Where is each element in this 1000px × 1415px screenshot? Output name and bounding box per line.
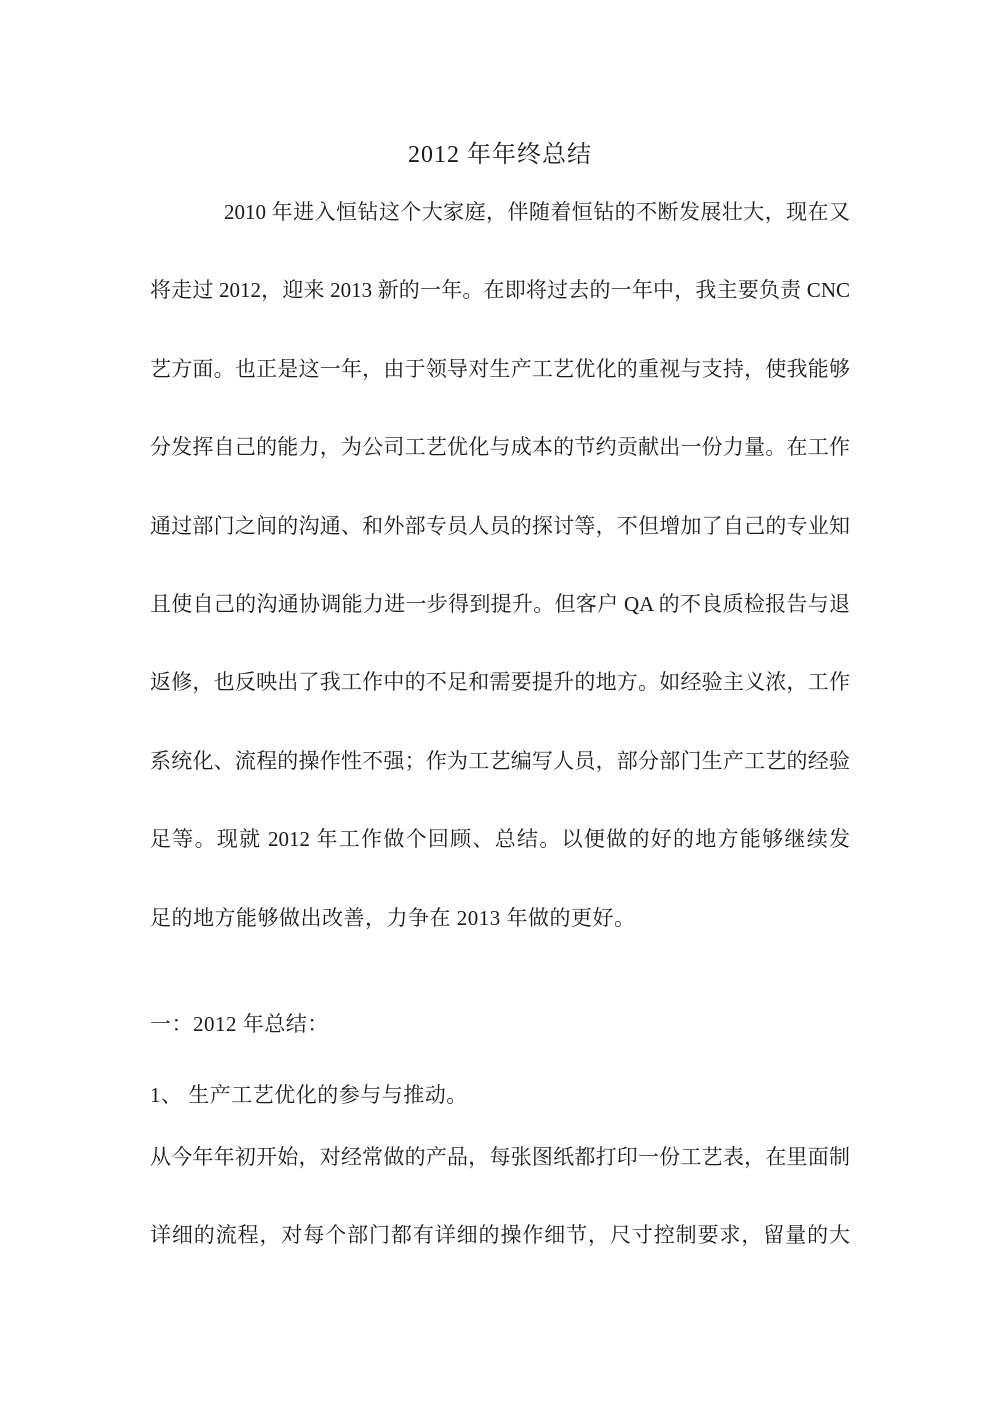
paragraph-line: 通过部门之间的沟通、和外部专员人员的探讨等，不但增加了自己的专业知识， [150, 487, 850, 565]
paragraph-line: 将走过 2012，迎来 2013 新的一年。在即将过去的一年中，我主要负责 CN… [150, 251, 850, 329]
paragraph-line: 返修，也反映出了我工作中的不足和需要提升的地方。如经验主义浓，工作的 [150, 643, 850, 721]
paragraph-line: 艺方面。也正是这一年，由于领导对生产工艺优化的重视与支持，使我能够充 [150, 330, 850, 408]
paragraph-line: 足等。现就 2012 年工作做个回顾、总结。以便做的好的地方能够继续发扬，不 [150, 800, 850, 878]
paragraph-line: 从今年年初开始，对经常做的产品，每张图纸都打印一份工艺表，在里面制定 [150, 1118, 850, 1196]
document-title: 2012 年年终总结 [0, 140, 1000, 170]
paragraph-line: 足的地方能够做出改善，力争在 2013 年做的更好。 [150, 879, 850, 957]
paragraph-line: 系统化、流程的操作性不强；作为工艺编写人员，部分部门生产工艺的经验不 [150, 722, 850, 800]
item-heading-process-optimization: 1、 生产工艺优化的参与与推动。 [150, 1083, 850, 1107]
paragraph-item-detail: 从今年年初开始，对经常做的产品，每张图纸都打印一份工艺表，在里面制定 详细的流程… [150, 1118, 850, 1275]
document-page: 2012 年年终总结 2010 年进入恒钻这个大家庭，伴随着恒钻的不断发展壮大，… [0, 0, 1000, 1415]
paragraph-line: 分发挥自己的能力，为公司工艺优化与成本的节约贡献出一份力量。在工作中， [150, 408, 850, 486]
paragraph-intro: 2010 年进入恒钻这个大家庭，伴随着恒钻的不断发展壮大，现在又即 将走过 20… [150, 173, 850, 957]
section-heading-2012-summary: 一：2012 年总结： [150, 1012, 850, 1036]
paragraph-line: 且使自己的沟通协调能力进一步得到提升。但客户 QA 的不良质检报告与退货 [150, 565, 850, 643]
paragraph-line: 2010 年进入恒钻这个大家庭，伴随着恒钻的不断发展壮大，现在又即 [150, 173, 850, 251]
paragraph-line: 详细的流程，对每个部门都有详细的操作细节，尺寸控制要求，留量的大小， [150, 1196, 850, 1274]
